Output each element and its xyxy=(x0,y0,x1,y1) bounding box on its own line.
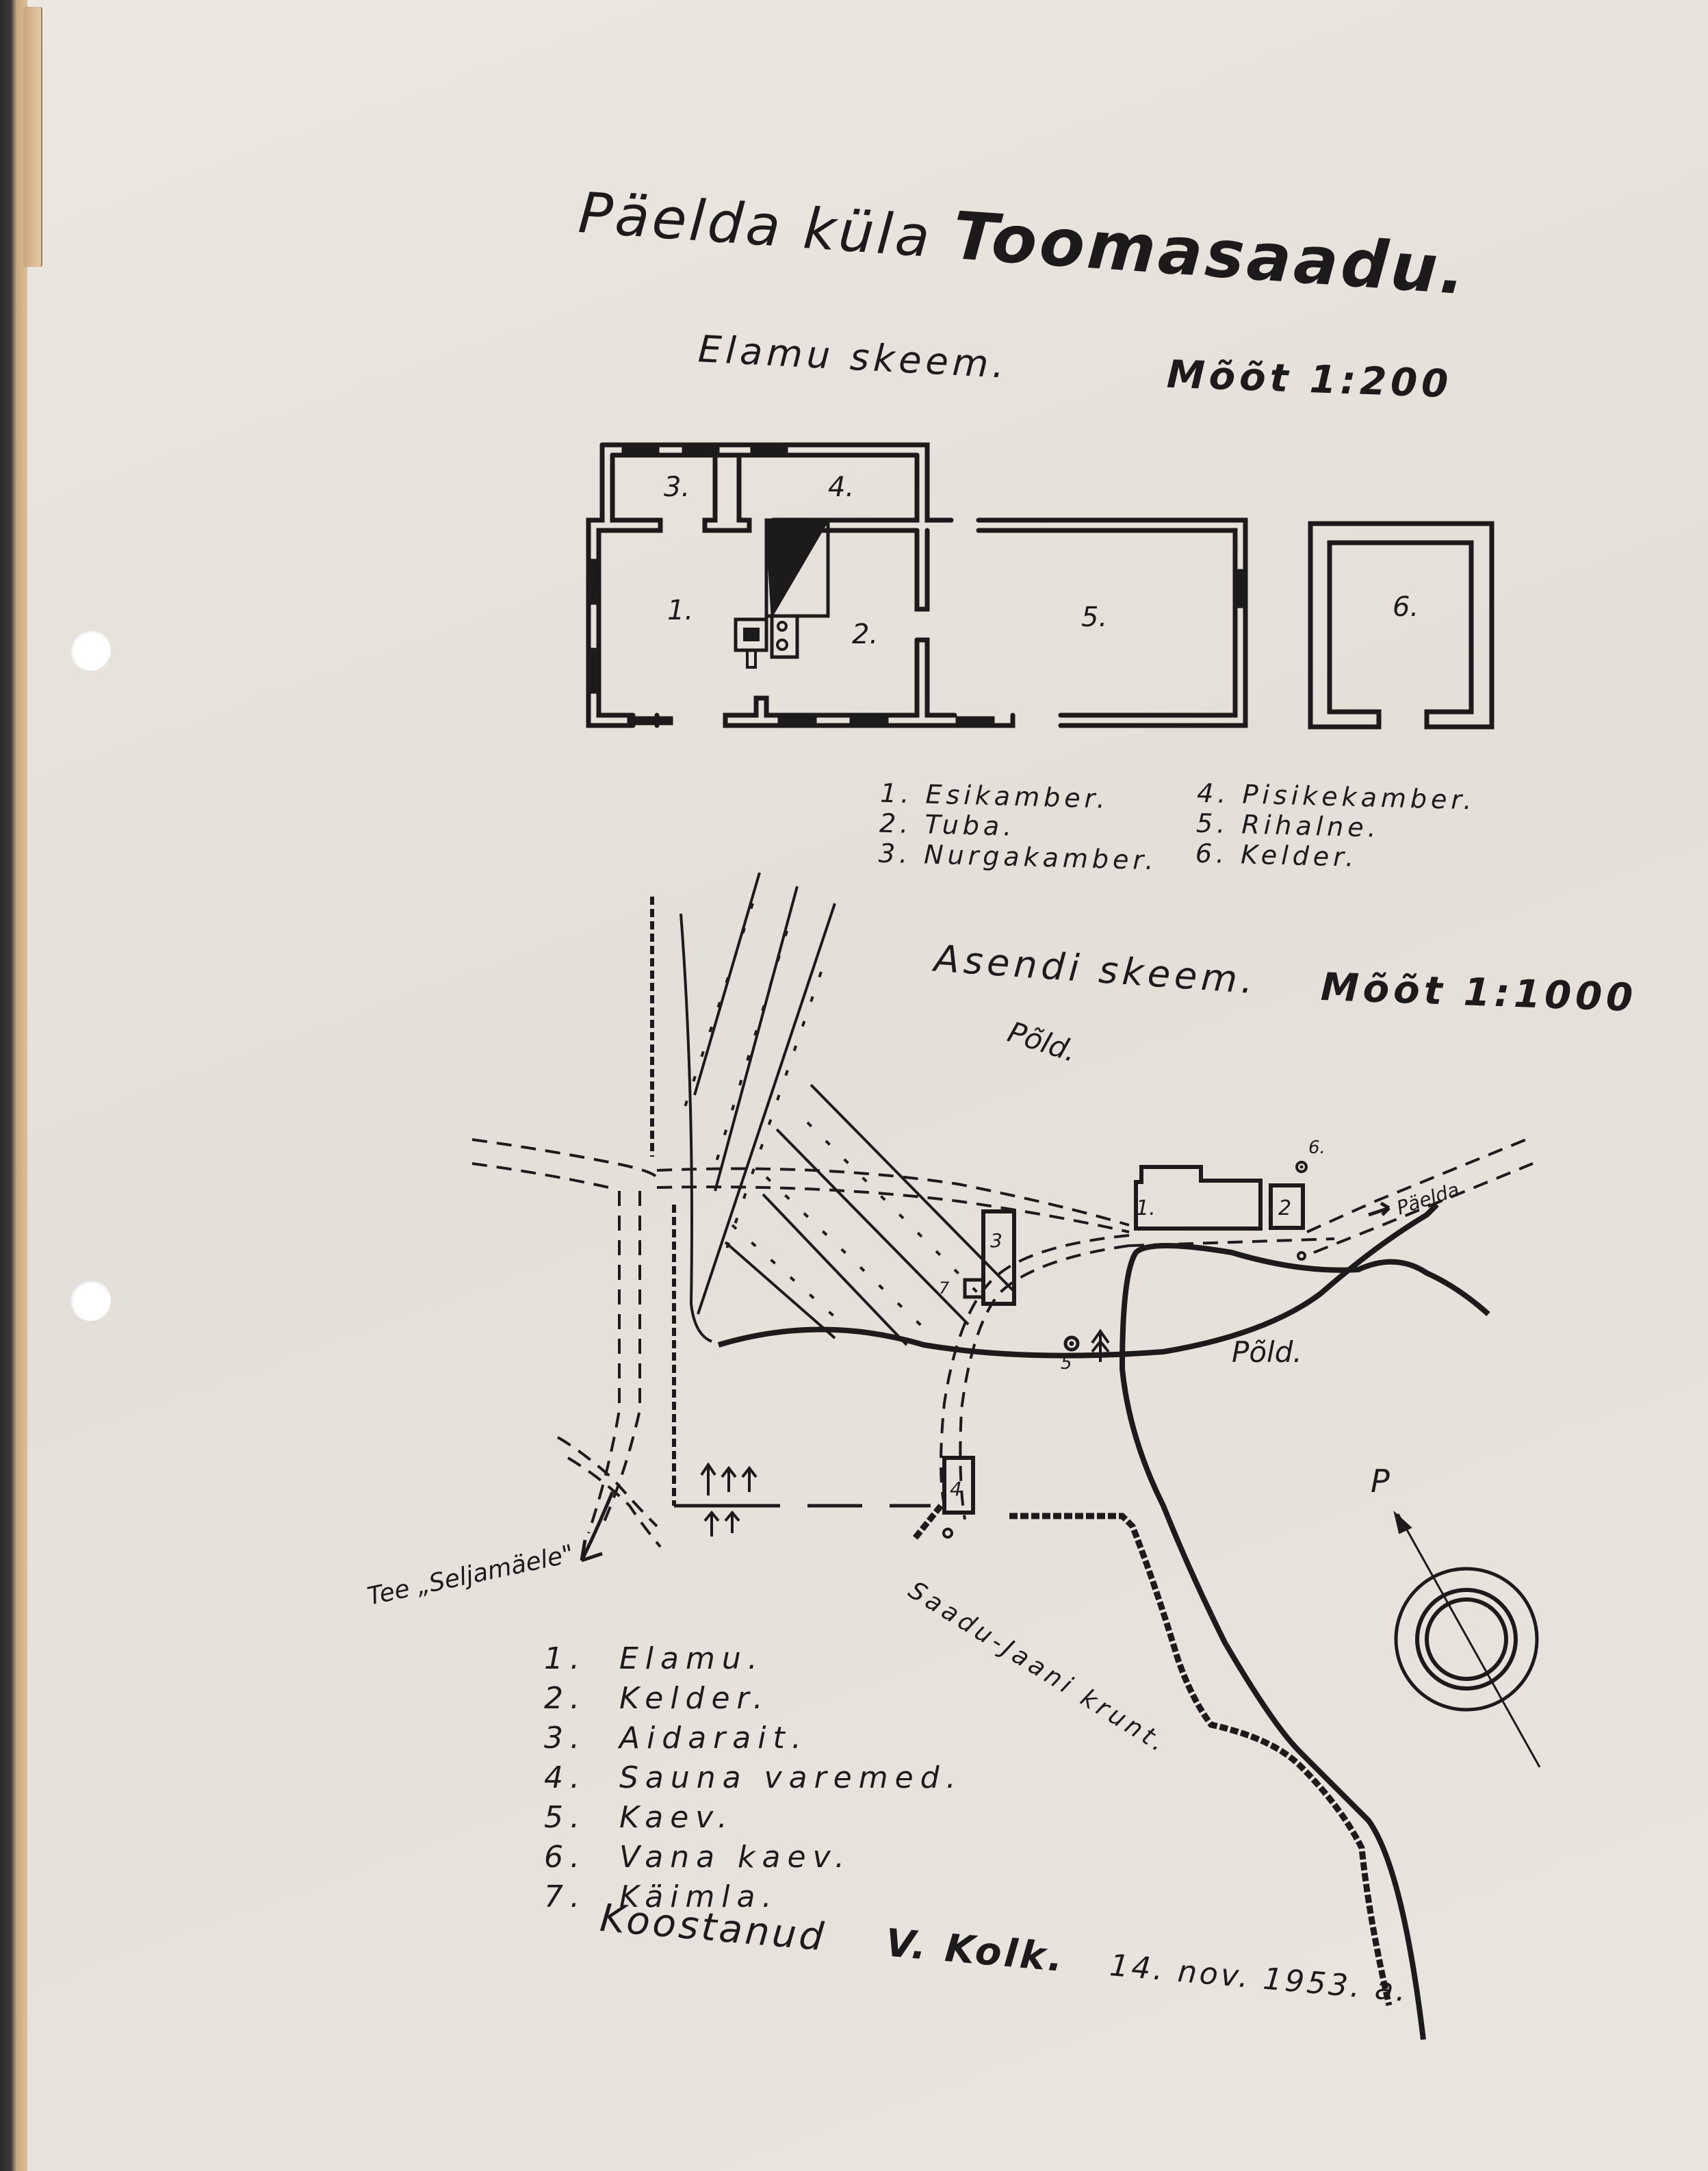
map-marker-1: 1. xyxy=(1136,1196,1156,1220)
house-floor-plan xyxy=(588,445,1492,727)
map-marker-7: 7 xyxy=(939,1279,950,1298)
room-number-2: 2. xyxy=(852,619,878,650)
map-marker-4: 4 xyxy=(950,1478,962,1500)
house-plan-legend-right: 4. Pisikekamber. 5. Rihalne. 6. Kelder. xyxy=(1195,778,1476,876)
room-number-5: 5. xyxy=(1081,602,1107,633)
legend-item: 2. Kelder. xyxy=(544,1679,963,1719)
building-granary xyxy=(983,1211,1014,1304)
north-arrow xyxy=(1395,1513,1540,1767)
map-marker-5: 5 xyxy=(1061,1353,1072,1374)
north-arrow-label: P xyxy=(1371,1463,1390,1500)
room-number-1: 1. xyxy=(667,595,693,626)
field-label-east: Põld. xyxy=(1232,1335,1302,1369)
legend-item: 1. Elamu. xyxy=(544,1639,963,1679)
house-plan-legend-left: 1. Esikamber. 2. Tuba. 3. Nurgakamber. xyxy=(878,778,1159,876)
room-number-4: 4. xyxy=(828,472,854,503)
tree-row-west xyxy=(652,897,674,1506)
legend-item: 5. Kaev. xyxy=(544,1798,963,1838)
site-plan-legend: 1. Elamu. 2. Kelder. 3. Aidarait. 4. Sau… xyxy=(544,1639,963,1917)
road-label-seljamae: Tee „Seljamäele" xyxy=(365,1540,576,1611)
legend-item: 4. Sauna varemed. xyxy=(544,1758,963,1798)
map-marker-3: 3 xyxy=(990,1229,1002,1252)
map-marker-2: 2 xyxy=(1278,1196,1291,1220)
room-number-6: 6. xyxy=(1393,591,1419,623)
legend-item: 6. Vana kaev. xyxy=(544,1838,963,1877)
legend-item: 3. Aidarait. xyxy=(544,1719,963,1758)
room-number-3: 3. xyxy=(664,472,690,503)
map-marker-6: 6. xyxy=(1308,1138,1325,1158)
field-label-north: Põld. xyxy=(1004,1015,1081,1068)
